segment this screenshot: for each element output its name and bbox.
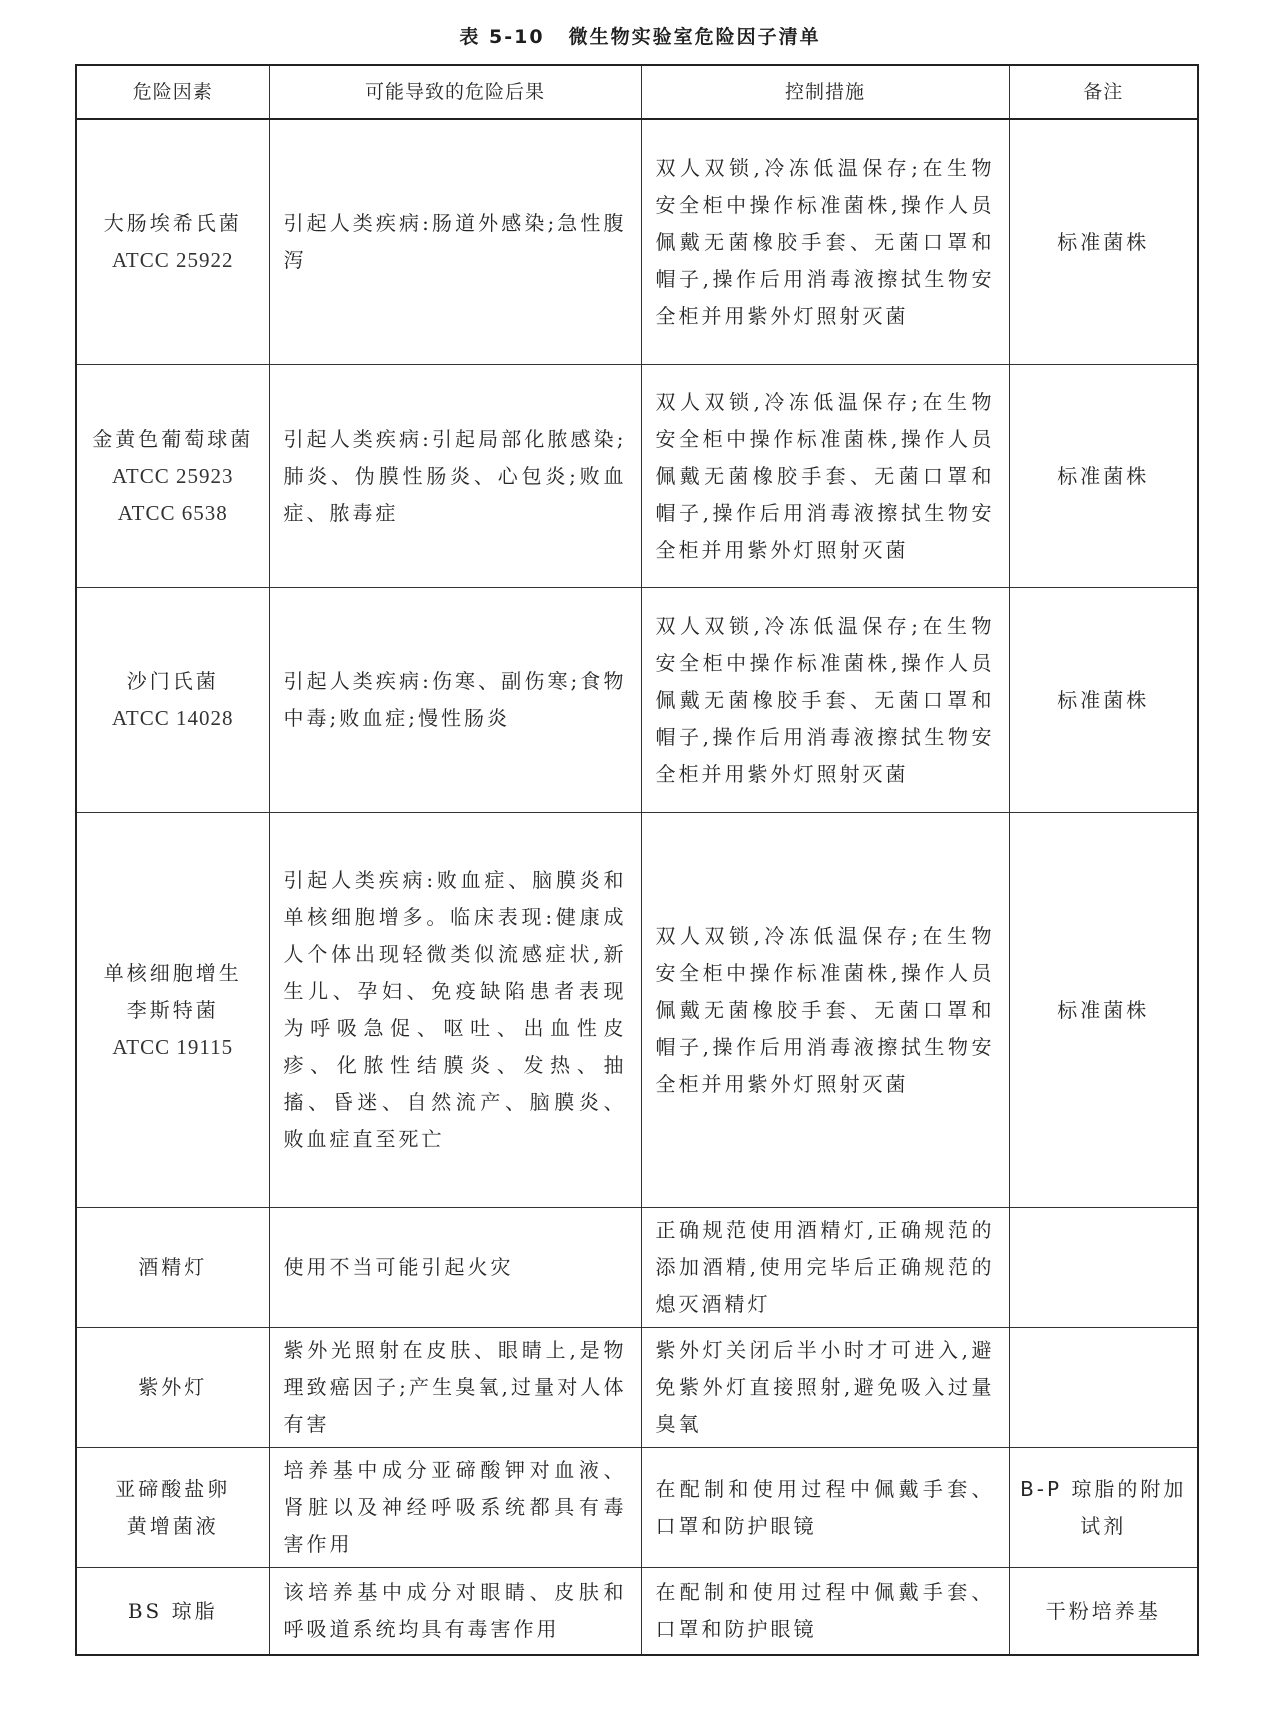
consequence-cell: 引起人类疾病:伤寒、副伤寒;食物中毒;败血症;慢性肠炎 — [269, 588, 641, 813]
consequence-cell: 使用不当可能引起火灾 — [269, 1208, 641, 1328]
control-cell: 双人双锁,冷冻低温保存;在生物安全柜中操作标准菌株,操作人员佩戴无菌橡胶手套、无… — [641, 588, 1009, 813]
factor-name: 酒精灯 — [87, 1249, 259, 1286]
hazard-factor-table: 危险因素 可能导致的危险后果 控制措施 备注 大肠埃希氏菌 ATCC 25922… — [75, 64, 1199, 1656]
hazard-factor-cell: 金黄色葡萄球菌 ATCC 25923 ATCC 6538 — [76, 365, 269, 588]
table-row: 酒精灯 使用不当可能引起火灾 正确规范使用酒精灯,正确规范的添加酒精,使用完毕后… — [76, 1208, 1198, 1328]
factor-name: 金黄色葡萄球菌 — [87, 421, 259, 458]
control-cell: 双人双锁,冷冻低温保存;在生物安全柜中操作标准菌株,操作人员佩戴无菌橡胶手套、无… — [641, 119, 1009, 365]
factor-name: 沙门氏菌 — [87, 663, 259, 700]
table-row: 大肠埃希氏菌 ATCC 25922 引起人类疾病:肠道外感染;急性腹泻 双人双锁… — [76, 119, 1198, 365]
strain-code: ATCC 6538 — [87, 495, 259, 532]
factor-name: BS 琼脂 — [87, 1593, 259, 1630]
header-control-measures: 控制措施 — [641, 65, 1009, 119]
control-cell: 双人双锁,冷冻低温保存;在生物安全柜中操作标准菌株,操作人员佩戴无菌橡胶手套、无… — [641, 365, 1009, 588]
control-cell: 在配制和使用过程中佩戴手套、口罩和防护眼镜 — [641, 1448, 1009, 1568]
note-cell: 标准菌株 — [1009, 588, 1198, 813]
note-cell — [1009, 1328, 1198, 1448]
factor-name: 黄增菌液 — [87, 1508, 259, 1545]
strain-code: ATCC 25922 — [87, 242, 259, 279]
hazard-factor-cell: 紫外灯 — [76, 1328, 269, 1448]
table-row: 金黄色葡萄球菌 ATCC 25923 ATCC 6538 引起人类疾病:引起局部… — [76, 365, 1198, 588]
note-cell: 标准菌株 — [1009, 813, 1198, 1208]
table-number: 表 5-10 — [459, 26, 544, 48]
note-cell — [1009, 1208, 1198, 1328]
control-cell: 紫外灯关闭后半小时才可进入,避免紫外灯直接照射,避免吸入过量臭氧 — [641, 1328, 1009, 1448]
table-title: 微生物实验室危险因子清单 — [569, 26, 821, 48]
strain-code: ATCC 14028 — [87, 700, 259, 737]
factor-name: 亚碲酸盐卵 — [87, 1471, 259, 1508]
hazard-factor-cell: 大肠埃希氏菌 ATCC 25922 — [76, 119, 269, 365]
strain-code: ATCC 19115 — [87, 1029, 259, 1066]
consequence-cell: 引起人类疾病:肠道外感染;急性腹泻 — [269, 119, 641, 365]
strain-code: ATCC 25923 — [87, 458, 259, 495]
consequence-cell: 培养基中成分亚碲酸钾对血液、肾脏以及神经呼吸系统都具有毒害作用 — [269, 1448, 641, 1568]
consequence-cell: 该培养基中成分对眼睛、皮肤和呼吸道系统均具有毒害作用 — [269, 1568, 641, 1656]
hazard-factor-cell: 沙门氏菌 ATCC 14028 — [76, 588, 269, 813]
factor-name: 大肠埃希氏菌 — [87, 205, 259, 242]
factor-name: 单核细胞增生 — [87, 955, 259, 992]
note-cell: 干粉培养基 — [1009, 1568, 1198, 1656]
table-row: 单核细胞增生 李斯特菌 ATCC 19115 引起人类疾病:败血症、脑膜炎和单核… — [76, 813, 1198, 1208]
header-hazard-factor: 危险因素 — [76, 65, 269, 119]
control-cell: 在配制和使用过程中佩戴手套、口罩和防护眼镜 — [641, 1568, 1009, 1656]
hazard-factor-cell: 单核细胞增生 李斯特菌 ATCC 19115 — [76, 813, 269, 1208]
note-cell: B-P 琼脂的附加试剂 — [1009, 1448, 1198, 1568]
table-row: 沙门氏菌 ATCC 14028 引起人类疾病:伤寒、副伤寒;食物中毒;败血症;慢… — [76, 588, 1198, 813]
header-remarks: 备注 — [1009, 65, 1198, 119]
control-cell: 双人双锁,冷冻低温保存;在生物安全柜中操作标准菌株,操作人员佩戴无菌橡胶手套、无… — [641, 813, 1009, 1208]
table-row: 亚碲酸盐卵 黄增菌液 培养基中成分亚碲酸钾对血液、肾脏以及神经呼吸系统都具有毒害… — [76, 1448, 1198, 1568]
hazard-factor-cell: 亚碲酸盐卵 黄增菌液 — [76, 1448, 269, 1568]
header-consequence: 可能导致的危险后果 — [269, 65, 641, 119]
consequence-cell: 引起人类疾病:引起局部化脓感染;肺炎、伪膜性肠炎、心包炎;败血症、脓毒症 — [269, 365, 641, 588]
factor-name: 李斯特菌 — [87, 992, 259, 1029]
control-cell: 正确规范使用酒精灯,正确规范的添加酒精,使用完毕后正确规范的熄灭酒精灯 — [641, 1208, 1009, 1328]
table-header-row: 危险因素 可能导致的危险后果 控制措施 备注 — [76, 65, 1198, 119]
consequence-cell: 紫外光照射在皮肤、眼睛上,是物理致癌因子;产生臭氧,过量对人体有害 — [269, 1328, 641, 1448]
hazard-factor-cell: 酒精灯 — [76, 1208, 269, 1328]
consequence-cell: 引起人类疾病:败血症、脑膜炎和单核细胞增多。临床表现:健康成人个体出现轻微类似流… — [269, 813, 641, 1208]
factor-name: 紫外灯 — [87, 1369, 259, 1406]
table-row: 紫外灯 紫外光照射在皮肤、眼睛上,是物理致癌因子;产生臭氧,过量对人体有害 紫外… — [76, 1328, 1198, 1448]
note-cell: 标准菌株 — [1009, 365, 1198, 588]
table-row: BS 琼脂 该培养基中成分对眼睛、皮肤和呼吸道系统均具有毒害作用 在配制和使用过… — [76, 1568, 1198, 1656]
hazard-factor-cell: BS 琼脂 — [76, 1568, 269, 1656]
table-caption: 表 5-10微生物实验室危险因子清单 — [0, 22, 1280, 49]
note-cell: 标准菌株 — [1009, 119, 1198, 365]
